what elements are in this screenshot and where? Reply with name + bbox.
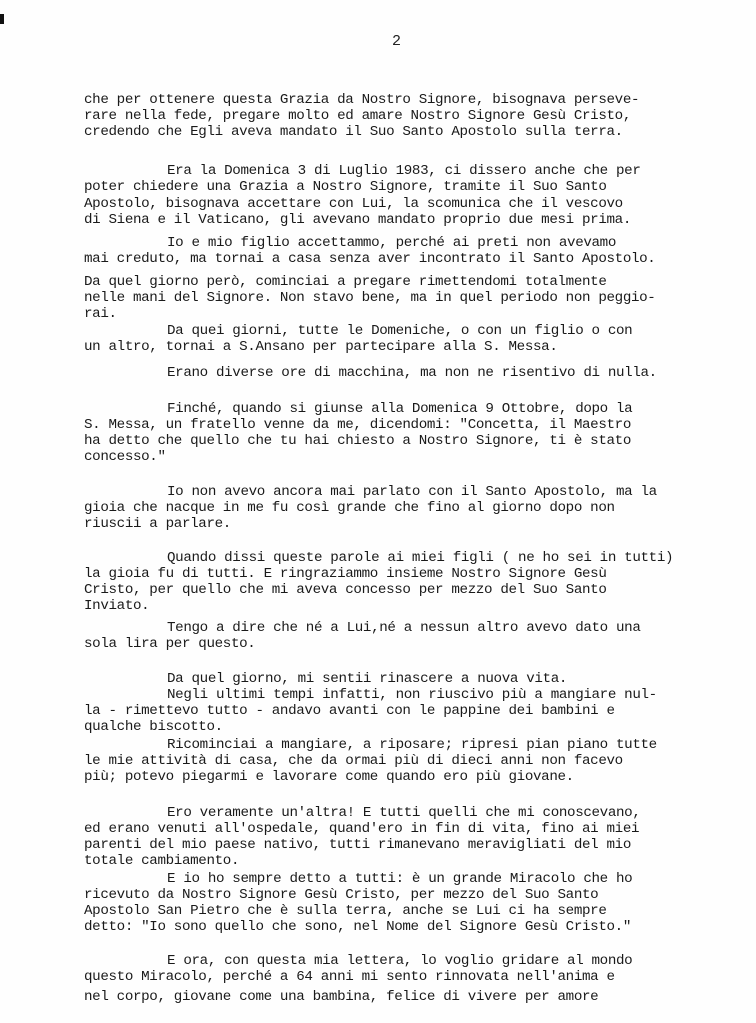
text-line: di Siena e il Vaticano, gli avevano mand… xyxy=(84,212,631,228)
text-line: parenti del mio paese nativo, tutti rima… xyxy=(84,837,631,853)
text-line: un altro, tornai a S.Ansano per partecip… xyxy=(84,339,558,355)
text-line: Da quei giorni, tutte le Domeniche, o co… xyxy=(167,323,632,339)
text-line: Io non avevo ancora mai parlato con il S… xyxy=(167,484,657,500)
text-line: Apostolo San Pietro che è sulla terra, a… xyxy=(84,903,607,919)
text-line: mai creduto, ma tornai a casa senza aver… xyxy=(84,251,655,267)
text-line: Finché, quando si giunse alla Domenica 9… xyxy=(167,401,632,417)
text-line: Apostolo, bisognava accettare con Lui, l… xyxy=(84,196,623,212)
text-line: S. Messa, un fratello venne da me, dicen… xyxy=(84,417,631,433)
scan-mark xyxy=(0,14,4,24)
text-line: Ero veramente un'altra! E tutti quelli c… xyxy=(167,805,641,821)
text-line: Io e mio figlio accettammo, perché ai pr… xyxy=(167,235,616,251)
text-line: nelle mani del Signore. Non stavo bene, … xyxy=(84,290,655,306)
text-line: rai. xyxy=(84,306,117,322)
text-line: Cristo, per quello che mi aveva concesso… xyxy=(84,582,607,598)
text-line: poter chiedere una Grazia a Nostro Signo… xyxy=(84,179,607,195)
text-line: nel corpo, giovane come una bambina, fel… xyxy=(84,989,598,1005)
text-line: detto: "Io sono quello che sono, nel Nom… xyxy=(84,919,631,935)
text-line: la gioia fu di tutti. E ringraziammo ins… xyxy=(84,566,607,582)
text-line: la - rimettevo tutto - andavo avanti con… xyxy=(84,703,615,719)
page-number: 2 xyxy=(392,33,401,50)
text-line: totale cambiamento. xyxy=(84,853,239,869)
text-line: Da quel giorno però, cominciai a pregare… xyxy=(84,274,607,290)
text-line: ed erano venuti all'ospedale, quand'ero … xyxy=(84,821,639,837)
text-line: Da quel giorno, mi sentii rinascere a nu… xyxy=(167,671,567,687)
text-line: E ora, con questa mia lettera, lo voglio… xyxy=(167,953,632,969)
text-line: Inviato. xyxy=(84,598,149,614)
text-line: riuscii a parlare. xyxy=(84,516,231,532)
text-line: Erano diverse ore di macchina, ma non ne… xyxy=(167,365,657,381)
text-line: gioia che nacque in me fu così grande ch… xyxy=(84,500,615,516)
text-line: credendo che Egli aveva mandato il Suo S… xyxy=(84,124,623,140)
document-page: 2 che per ottenere questa Grazia da Nost… xyxy=(0,0,756,1023)
text-line: ricevuto da Nostro Signore Gesù Cristo, … xyxy=(84,887,598,903)
text-line: Tengo a dire che né a Lui,né a nessun al… xyxy=(167,620,641,636)
text-line: che per ottenere questa Grazia da Nostro… xyxy=(84,92,639,108)
text-line: qualche biscotto. xyxy=(84,719,223,735)
text-line: sola lira per questo. xyxy=(84,636,255,652)
text-line: rare nella fede, pregare molto ed amare … xyxy=(84,108,631,124)
text-line: Era la Domenica 3 di Luglio 1983, ci dis… xyxy=(167,163,641,179)
text-line: più; potevo piegarmi e lavorare come qua… xyxy=(84,769,574,785)
text-line: questo Miracolo, perché a 64 anni mi sen… xyxy=(84,969,615,985)
text-line: Ricominciai a mangiare, a riposare; ripr… xyxy=(167,737,657,753)
text-line: E io ho sempre detto a tutti: è un grand… xyxy=(167,871,632,887)
text-line: Negli ultimi tempi infatti, non riuscivo… xyxy=(167,687,657,703)
text-line: concesso." xyxy=(84,449,166,465)
text-line: le mie attività di casa, che da ormai pi… xyxy=(84,753,623,769)
text-line: Quando dissi queste parole ai miei figli… xyxy=(167,550,673,566)
text-line: ha detto che quello che tu hai chiesto a… xyxy=(84,433,631,449)
